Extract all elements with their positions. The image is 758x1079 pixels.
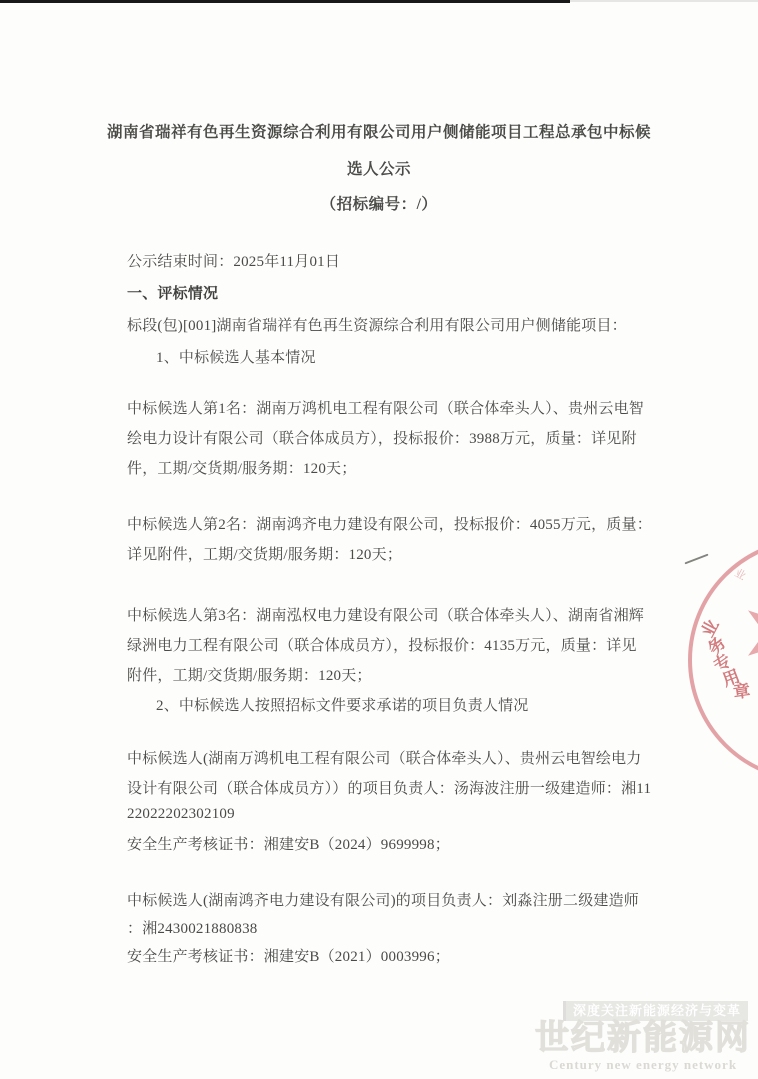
body-line: 标段(包)[001]湖南省瑞祥有色再生资源综合利用有限公司用户侧储能项目： (127, 314, 627, 335)
body-line: 中标候选人第2名：湖南鸿齐电力建设有限公司，投标报价：4055万元，质量： (127, 513, 652, 534)
watermark-slogan: 深度关注新能源经济与变革 (563, 1001, 748, 1021)
watermark-logo-text: 世纪新能源网 (528, 1020, 758, 1058)
body-line: 22022202302109 (127, 806, 235, 823)
body-line: ：湘2430021880838 (127, 917, 258, 938)
body-line: 设计有限公司（联合体成员方））的项目负责人：汤海波注册一级建造师：湘11 (127, 777, 651, 798)
body-line: 绿洲电力工程有限公司（联合体成员方），投标报价：4135万元，质量：详见 (127, 634, 637, 655)
document-title-line1: 湖南省瑞祥有色再生资源综合利用有限公司用户侧储能项目工程总承包中标候 (0, 120, 758, 142)
scan-edge-light (570, 0, 758, 2)
tender-number: （招标编号：/） (0, 192, 758, 214)
body-line: 件，工期/交货期/服务期：120天； (127, 457, 356, 478)
body-line: 详见附件，工期/交货期/服务期：120天； (127, 543, 402, 564)
pen-mark (684, 554, 708, 565)
body-line: 安全生产考核证书：湘建安B（2024）9699998； (127, 833, 450, 854)
body-line: 绘电力设计有限公司（联合体成员方），投标报价：3988万元，质量：详见附 (127, 427, 637, 448)
body-line: 2、中标候选人按照招标文件要求承诺的项目负责人情况 (156, 694, 529, 715)
scan-edge-dark (0, 0, 570, 3)
body-line: 1、中标候选人基本情况 (156, 346, 316, 367)
body-line: 中标候选人(湖南万鸿机电工程有限公司（联合体牵头人）、贵州云电智绘电力 (127, 747, 642, 768)
body-line: 中标候选人第3名：湖南泓权电力建设有限公司（联合体牵头人）、湖南省湘辉 (127, 604, 644, 625)
section-heading-evaluation: 一、评标情况 (127, 282, 218, 303)
document-title-line2: 选人公示 (0, 157, 758, 179)
body-line: 附件，工期/交货期/服务期：120天； (127, 664, 372, 685)
publicity-end-time: 公示结束时间：2025年11月01日 (127, 250, 340, 271)
seal-ring-char: 章 (731, 676, 751, 703)
watermark-english-text: Century new energy network (528, 1057, 758, 1073)
body-line: 中标候选人(湖南鸿齐电力建设有限公司)的项目负责人：刘淼注册二级建造师 (127, 889, 639, 910)
body-line: 安全生产考核证书：湘建安B（2021）0003996； (127, 945, 450, 966)
body-line: 中标候选人第1名：湖南万鸿机电工程有限公司（联合体牵头人）、贵州云电智 (127, 397, 644, 418)
scanned-document-page: 湖南省瑞祥有色再生资源综合利用有限公司用户侧储能项目工程总承包中标候 选人公示 … (0, 0, 758, 1079)
